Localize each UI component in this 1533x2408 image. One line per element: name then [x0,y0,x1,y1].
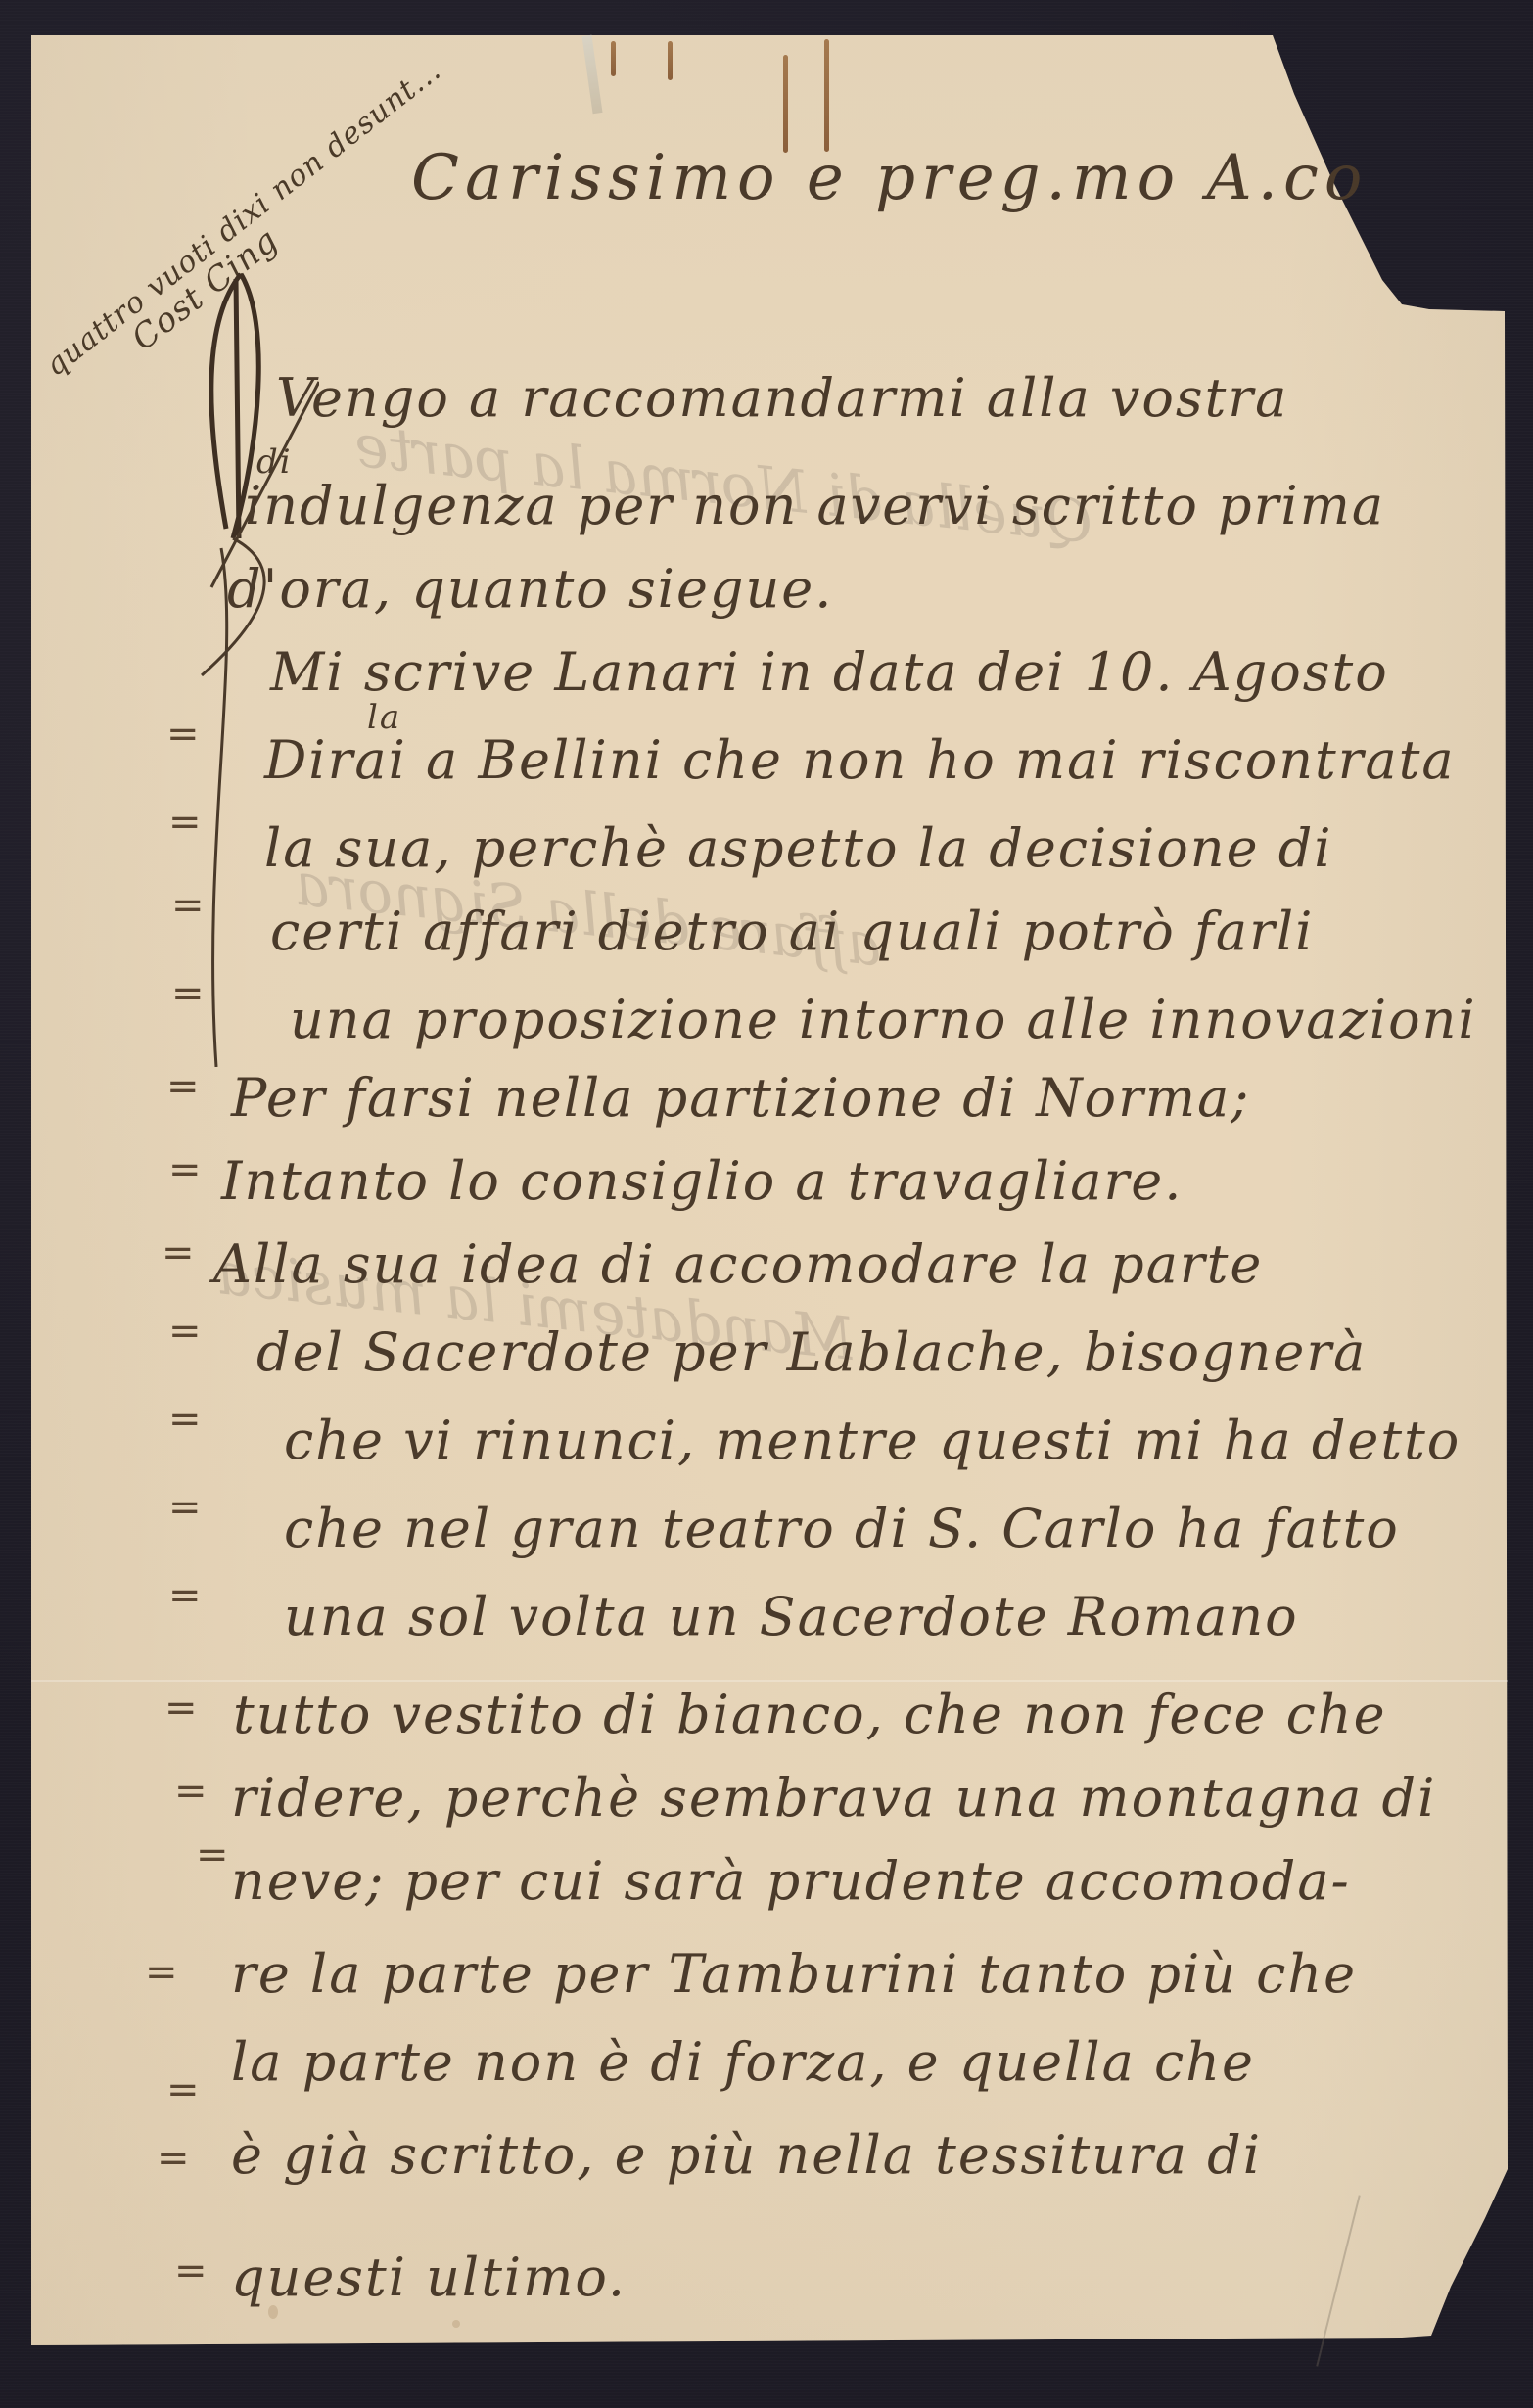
margin-equals-mark: = [166,1067,200,1106]
margin-equals-mark: = [166,715,200,754]
letter-line: Alla sua idea di accomodare la parte [213,1238,1263,1291]
letter-line: Vengo a raccomandarmi alla vostra [276,372,1288,425]
letter-line: neve; per cui sarà prudente accomoda- [231,1855,1351,1908]
letter-line: certi affari dietro ai quali potrò farli [270,905,1314,958]
margin-equals-mark: = [196,1835,229,1875]
letter-line: è già scritto, e più nella tessitura di [231,2129,1262,2182]
letter-line: questi ultimo. [231,2251,627,2304]
letter-line: tutto vestito di bianco, che non fece ch… [233,1689,1387,1741]
margin-equals-mark: = [168,1488,202,1527]
letter-line: Mi scrive Lanari in data dei 10. Agosto [270,646,1389,699]
letter-line: che nel gran teatro di S. Carlo ha fatto [284,1503,1400,1555]
margin-equals-mark: = [171,974,205,1013]
margin-equals-mark: = [168,1576,202,1615]
letter-line: Intanto lo consiglio a travagliare. [221,1155,1183,1208]
rust-mark [611,41,616,76]
letter-line: una proposizione intorno alle innovazion… [290,994,1477,1046]
margin-equals-mark: = [164,1689,198,1728]
letter-line: una sol volta un Sacerdote Romano [284,1591,1299,1644]
fold-line [31,1680,1508,1682]
margin-equals-mark: = [168,1400,202,1439]
rust-mark [783,55,788,153]
letter-line: del Sacerdote per Lablache, bisognerà [256,1326,1367,1379]
letter-line: che vi rinunci, mentre questi mi ha dett… [284,1414,1461,1467]
letter-line: ridere, perchè sembrava una montagna di [231,1772,1436,1825]
margin-equals-mark: = [168,1312,202,1351]
margin-equals-mark: = [174,1772,208,1811]
letter-line: Per farsi nella partizione di Norma; [231,1072,1250,1125]
letter-line: d'ora, quanto siegue. [227,563,833,616]
margin-equals-mark: = [162,1233,195,1273]
margin-equals-mark: = [166,2070,200,2109]
margin-equals-mark: = [168,1150,202,1189]
margin-equals-mark: = [174,2251,208,2291]
margin-equals-mark: = [168,803,202,842]
letter-line: Dirai a Bellini che non ho mai riscontra… [264,734,1456,787]
letter-line: re la parte per Tamburini tanto più che [231,1948,1357,2001]
interlinear-insertion: di [256,445,293,479]
margin-equals-mark: = [171,886,205,925]
rust-mark [824,39,829,152]
letter-line: indulgenza per non avervi scritto prima [245,480,1385,533]
letter-line: la sua, perchè aspetto la decisione di [264,822,1333,875]
ink-stain [452,2320,460,2328]
rust-mark [668,41,673,80]
letter-salutation: Carissimo e preg.mo A.co [411,147,1368,209]
margin-equals-mark: = [145,1953,178,1992]
letter-line: la parte non è di forza, e quella che [231,2036,1255,2089]
margin-equals-mark: = [157,2139,190,2178]
